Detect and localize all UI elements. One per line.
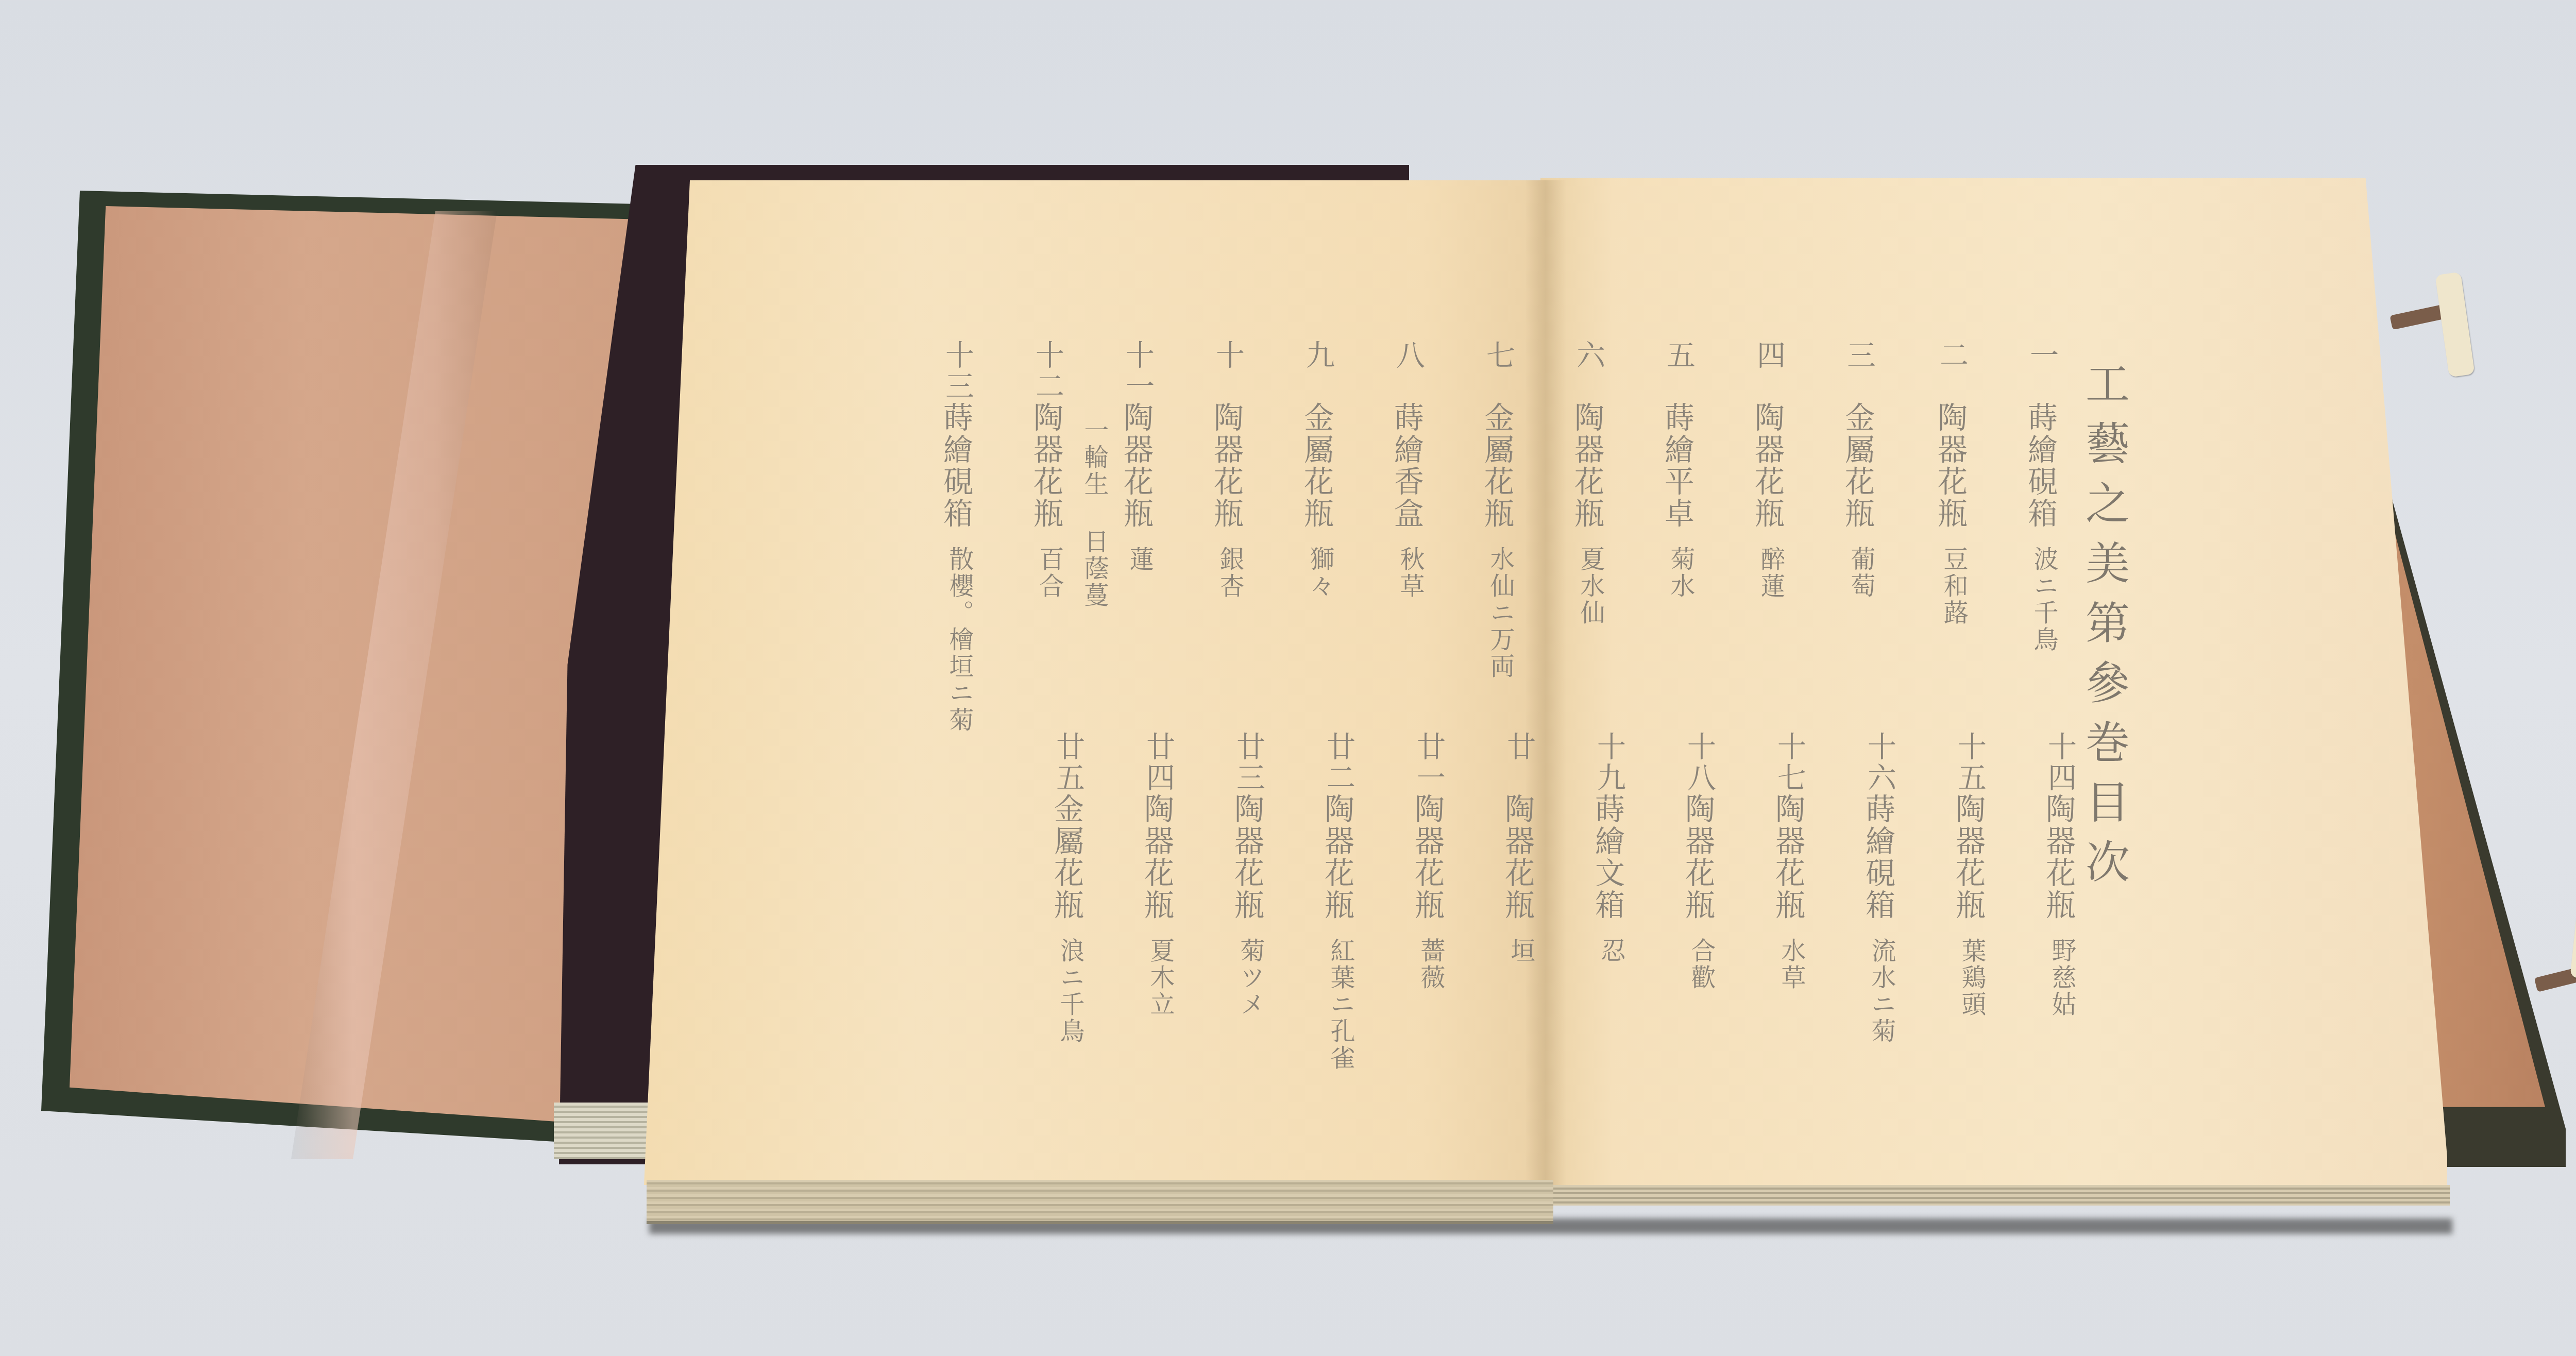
entry-motif: 浪ニ千鳥 <box>1058 938 1082 1045</box>
entry-number: 廿三 <box>1234 732 1263 793</box>
entry-motif: 豆和蕗 <box>1941 546 1966 626</box>
entry-object-type: 陶器花瓶 <box>1412 793 1442 921</box>
entry-object-type: 陶器花瓶 <box>1142 793 1172 921</box>
entry-number: 十五 <box>1955 732 1984 793</box>
entry-motif: 菊水 <box>1668 546 1693 600</box>
entry-object-type: 金屬花瓶 <box>1842 402 1872 530</box>
entry-number: 十四 <box>2045 732 2074 793</box>
entry-object-type: 蒔繪文箱 <box>1592 793 1622 921</box>
entry-object-type: 陶器花瓶 <box>1752 402 1782 530</box>
entry-object-type: 陶器花瓶 <box>1232 793 1262 921</box>
entry-motif: 合歡 <box>1689 938 1714 991</box>
entry-number: 九 <box>1303 340 1332 371</box>
entry-number: 十七 <box>1775 732 1804 793</box>
entry-number: 廿二 <box>1324 732 1353 793</box>
entry-object-type: 陶器花瓶 <box>1211 402 1241 530</box>
entry-object-type: 陶器花瓶 <box>1683 793 1713 921</box>
entry-object-type: 蒔繪硯箱 <box>1863 793 1893 921</box>
entry-number: 十八 <box>1685 732 1714 793</box>
entry-object-type: 陶器花瓶 <box>1953 793 1983 921</box>
entry-object-type: 陶器花瓶 <box>1773 793 1803 921</box>
entry-object-type: 陶器花瓶 <box>1121 402 1151 530</box>
page-edges-bottom-left <box>647 1180 1553 1224</box>
entry-motif: 蓮 <box>1127 546 1152 573</box>
entry-motif: 葉鶏頭 <box>1959 938 1984 1018</box>
entry-number: 十六 <box>1865 732 1894 793</box>
entry-motif: 秋草 <box>1398 546 1422 600</box>
entry-number: 六 <box>1574 340 1603 371</box>
entry-motif: 野慈姑 <box>2049 938 2074 1018</box>
entry-motif: 水仙ニ万両 <box>1488 546 1513 680</box>
entry-number: 廿五 <box>1054 732 1082 793</box>
entry-number: 十三 <box>943 340 972 402</box>
entry-motif: 銀杏 <box>1217 546 1242 600</box>
bone-clasp-bottom-icon[interactable] <box>2570 910 2576 980</box>
entry-object-type: 蒔繪平卓 <box>1662 402 1692 530</box>
entry-number: 十 <box>1213 340 1242 371</box>
entry-object-type: 陶器花瓶 <box>1572 402 1602 530</box>
entry-object-type: 蒔繪硯箱 <box>941 402 971 530</box>
entry-motif: 波ニ千鳥 <box>2031 546 2056 653</box>
entry-sub-motif: 一輪生 日蔭蔓 <box>1082 417 1107 609</box>
entry-number: 十一 <box>1123 340 1152 402</box>
entry-motif: 流水ニ菊 <box>1869 938 1894 1045</box>
clasp-strap-bottom <box>2534 959 2576 992</box>
entry-number: 五 <box>1664 340 1693 371</box>
entry-number: 十九 <box>1595 732 1623 793</box>
entry-motif: 散櫻。檜垣ニ菊 <box>947 546 972 734</box>
entry-motif: 葡萄 <box>1849 546 1873 600</box>
entry-motif: 薔薇 <box>1418 938 1443 991</box>
entry-object-type: 陶器花瓶 <box>1031 402 1061 530</box>
entry-motif: 夏水仙 <box>1578 546 1603 626</box>
entry-number: 十二 <box>1033 340 1062 402</box>
left-page <box>644 180 1561 1185</box>
page-edges-bottom-right <box>1553 1185 2450 1206</box>
entry-motif: 夏木立 <box>1148 938 1173 1018</box>
entry-motif: 水草 <box>1779 938 1804 991</box>
cover-page-edges <box>554 1103 652 1159</box>
entry-object-type: 金屬花瓶 <box>1482 402 1512 530</box>
book-gutter <box>1525 180 1566 1190</box>
entry-motif: 百合 <box>1037 546 1062 600</box>
entry-number: 四 <box>1754 340 1783 371</box>
entry-motif: 紅葉ニ孔雀 <box>1328 938 1353 1072</box>
entry-object-type: 陶器花瓶 <box>1502 793 1532 921</box>
entry-motif: 垣 <box>1509 938 1533 964</box>
entry-number: 三 <box>1844 340 1873 371</box>
entry-number: 七 <box>1484 340 1513 371</box>
entry-number: 廿四 <box>1144 732 1173 793</box>
entry-number: 八 <box>1394 340 1422 371</box>
entry-motif: 忍 <box>1599 938 1623 964</box>
entry-object-type: 蒔繪硯箱 <box>2025 402 2055 530</box>
entry-number: 一 <box>2027 340 2056 371</box>
entry-motif: 菊ツメ <box>1238 938 1263 1018</box>
entry-object-type: 陶器花瓶 <box>2043 793 2073 921</box>
entry-object-type: 金屬花瓶 <box>1301 402 1331 530</box>
entry-motif: 獅々 <box>1308 546 1332 600</box>
entry-object-type: 蒔繪香盒 <box>1392 402 1421 530</box>
entry-number: 廿 <box>1504 732 1533 762</box>
entry-number: 二 <box>1937 340 1966 371</box>
entry-motif: 醉蓮 <box>1758 546 1783 600</box>
entry-object-type: 陶器花瓶 <box>1935 402 1965 530</box>
toc-title: 工藝之美第參巻目次 <box>2081 361 2126 899</box>
right-page <box>1540 178 2447 1188</box>
entry-number: 廿一 <box>1414 732 1443 793</box>
bone-clasp-top-icon[interactable] <box>2435 272 2475 377</box>
entry-object-type: 陶器花瓶 <box>1322 793 1352 921</box>
entry-object-type: 金屬花瓶 <box>1052 793 1081 921</box>
